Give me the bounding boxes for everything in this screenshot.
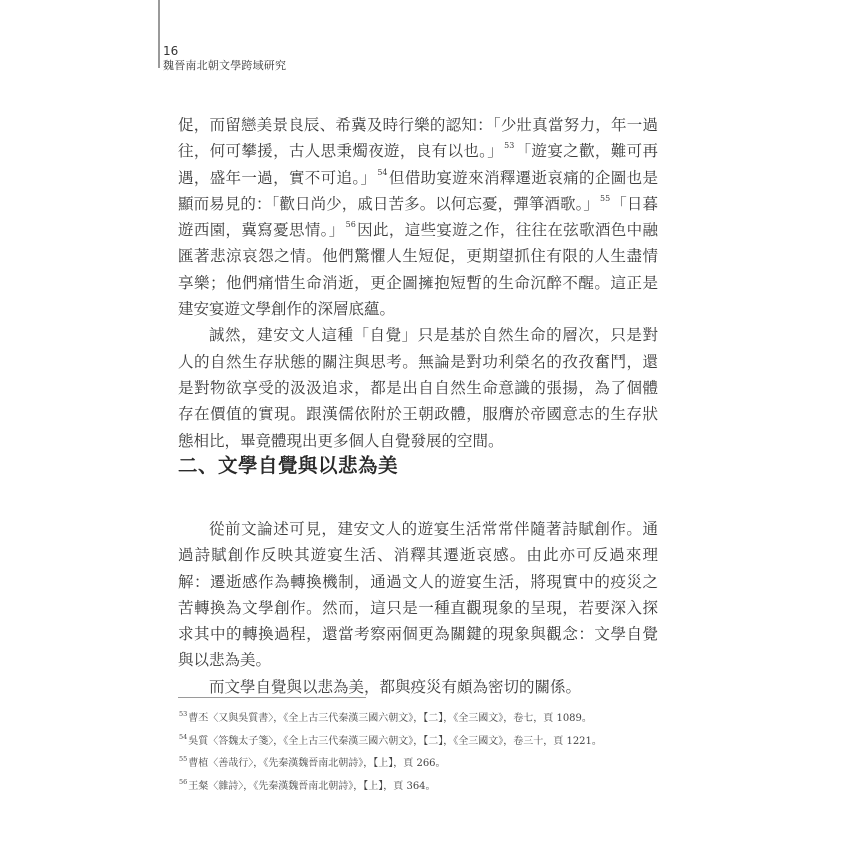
text-line: 思情。」	[289, 221, 345, 239]
section1-paragraph1: 促，而留戀美景良辰、希冀及時行樂的認知：「少壯真當努力，年一過往，何可攀援，古人…	[178, 112, 658, 454]
footnote-text: 曹植〈善哉行〉，《先秦漢魏晉南北朝詩》，【上】，頁 266。	[188, 758, 445, 769]
footnote-divider	[178, 697, 366, 698]
footnote-text: 吳質〈答魏太子箋〉，《全上古三代秦漢三國六朝文》，【二】，《全三國文》，卷三十，…	[188, 736, 602, 747]
footnote-ref[interactable]: 53	[504, 141, 514, 150]
footnote-54: 54吳質〈答魏太子箋〉，《全上古三代秦漢三國六朝文》，【二】，《全三國文》，卷三…	[178, 731, 648, 754]
text-line: 「歡日尚少，戚日苦多。以何忘憂，彈箏酒歌。」	[272, 195, 599, 213]
text-line: 一過，實不可追。」	[241, 169, 376, 187]
text-line: 何可攀援，古人思秉燭夜遊，良有以也。」	[210, 142, 503, 160]
footnotes: 53曹丕〈又與吳質書〉，《全上古三代秦漢三國六朝文》，【二】，《全三國文》，卷七…	[178, 708, 648, 798]
section2-paragraph1: 從前文論述可見，建安文人的遊宴生活常常伴隨著詩賦創作。通過詩賦創作反映其遊宴生活…	[178, 516, 658, 674]
footnote-ref[interactable]: 54	[377, 168, 387, 177]
section2-body: 從前文論述可見，建安文人的遊宴生活常常伴隨著詩賦創作。通過詩賦創作反映其遊宴生活…	[178, 516, 658, 700]
page-edge-line	[158, 0, 160, 68]
section1-paragraph2: 誠然，建安文人這種「自覺」只是基於自然生命的層次，只是對人的自然生存狀態的關注與…	[178, 322, 658, 453]
footnote-ref[interactable]: 56	[346, 220, 356, 229]
running-title: 魏晉南北朝文學跨域研究	[163, 57, 286, 73]
footnote-55: 55曹植〈善哉行〉，《先秦漢魏晉南北朝詩》，【上】，頁 266。	[178, 753, 648, 776]
footnote-ref[interactable]: 55	[600, 194, 610, 203]
footnote-number: 54	[179, 733, 187, 741]
section-heading: 二、文學自覺與以悲為美	[178, 450, 398, 478]
footnote-56: 56王粲〈雜詩〉，《先秦漢魏晉南北朝詩》，【上】，頁 364。	[178, 776, 648, 799]
footnote-53: 53曹丕〈又與吳質書〉，《全上古三代秦漢三國六朝文》，【二】，《全三國文》，卷七…	[178, 708, 648, 731]
footnote-number: 53	[179, 710, 187, 718]
page-number: 16	[163, 44, 178, 58]
footnote-number: 55	[179, 755, 187, 763]
footnote-number: 56	[179, 778, 187, 786]
footnote-text: 曹丕〈又與吳質書〉，《全上古三代秦漢三國六朝文》，【二】，《全三國文》，卷七，頁…	[188, 713, 592, 724]
footnote-text: 王粲〈雜詩〉，《先秦漢魏晉南北朝詩》，【上】，頁 364。	[188, 781, 435, 792]
